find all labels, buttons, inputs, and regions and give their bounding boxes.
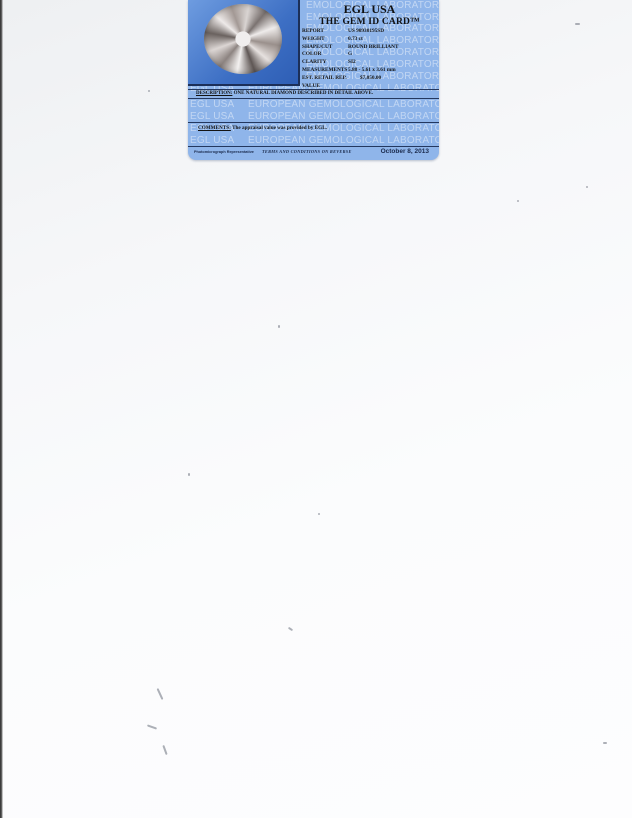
- watermark-text: EUROPEAN GEMOLOGICAL LABORATORY: [248, 111, 439, 123]
- scan-speck: [148, 90, 150, 92]
- card-footer: Photomicrograph Representative TERMS AND…: [188, 146, 439, 160]
- divider: [188, 98, 439, 99]
- spec-label: CLARITY: [302, 59, 348, 67]
- scan-speck: [162, 745, 167, 755]
- spec-value: 5.88 - 5.61 x 3.61 mm: [348, 67, 437, 75]
- spec-value: 0.73 ct: [348, 36, 437, 44]
- spec-label: EST. RETAIL REP. VALUE: [302, 75, 360, 83]
- scan-speck: [188, 473, 190, 476]
- card-title: THE GEM ID CARD™: [300, 17, 439, 27]
- spec-row-color: COLORG: [302, 51, 437, 59]
- spec-value: SI2: [348, 59, 437, 67]
- spec-label: WEIGHT: [302, 36, 348, 44]
- description: DESCRIPTION: ONE NATURAL DIAMOND DESCRIB…: [196, 91, 373, 96]
- spec-row-clarity: CLARITYSI2: [302, 59, 437, 67]
- watermark-text: EUROPEAN GEMOLOGICAL LABORATORY: [248, 135, 439, 147]
- comments-text: The appraisal value was provided by EGL.: [232, 125, 327, 131]
- spec-value: ROUND BRILLIANT: [348, 44, 437, 52]
- spec-value: US 90930195SD: [348, 28, 437, 36]
- spec-row-value: EST. RETAIL REP. VALUE$7,050.00: [302, 75, 437, 83]
- scan-speck: [517, 200, 519, 202]
- comments: COMMENTS: The appraisal value was provid…: [198, 125, 327, 131]
- diamond-photo: [204, 4, 282, 74]
- spec-label: COLOR: [302, 51, 348, 59]
- watermark-text: EGL USA: [190, 111, 234, 123]
- photo-note: Photomicrograph Representative: [194, 150, 254, 154]
- scan-speck: [157, 688, 164, 700]
- description-label: DESCRIPTION:: [196, 91, 232, 96]
- scan-speck: [575, 23, 580, 25]
- watermark-text: EGL USA: [190, 135, 234, 147]
- spec-label: SHAPE/CUT: [302, 44, 348, 52]
- spec-row-measurements: MEASUREMENTS5.88 - 5.61 x 3.61 mm: [302, 67, 437, 75]
- gem-id-card: EMOLOGICAL LABORATORY EMOLOGICAL LABORAT…: [188, 0, 439, 160]
- spec-label: REPORT: [302, 28, 348, 36]
- spec-value: $7,050.00: [360, 75, 437, 83]
- spec-row-shape: SHAPE/CUTROUND BRILLIANT: [302, 44, 437, 52]
- spec-value: G: [348, 51, 437, 59]
- comments-label: COMMENTS:: [198, 125, 231, 131]
- scan-speck: [603, 742, 607, 744]
- scan-speck: [288, 627, 293, 632]
- watermark-text: EGL USA: [190, 99, 234, 111]
- divider: [188, 122, 439, 123]
- spec-label: MEASUREMENTS: [302, 67, 348, 75]
- issue-date: October 8, 2013: [381, 148, 429, 155]
- diamond-photo-frame: [188, 0, 300, 86]
- terms-note: TERMS AND CONDITIONS ON REVERSE: [262, 149, 352, 154]
- scanned-page: EMOLOGICAL LABORATORY EMOLOGICAL LABORAT…: [0, 0, 632, 818]
- watermark-text: EUROPEAN GEMOLOGICAL LABORATORY: [248, 99, 439, 111]
- scan-speck: [147, 724, 157, 729]
- description-text: ONE NATURAL DIAMOND DESCRIBED IN DETAIL …: [234, 91, 373, 96]
- divider: [188, 89, 439, 90]
- spec-row-report: REPORTUS 90930195SD: [302, 28, 437, 36]
- scan-speck: [318, 513, 320, 515]
- scan-speck: [586, 186, 588, 188]
- card-brand: EGL USA: [300, 2, 439, 17]
- scan-speck: [278, 325, 280, 328]
- spec-table: REPORTUS 90930195SD WEIGHT0.73 ct SHAPE/…: [302, 28, 437, 83]
- scan-edge: [0, 0, 3, 818]
- spec-row-weight: WEIGHT0.73 ct: [302, 36, 437, 44]
